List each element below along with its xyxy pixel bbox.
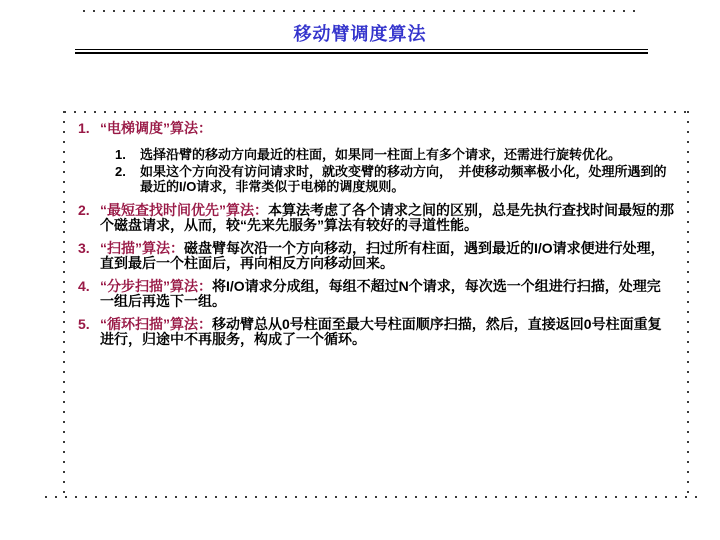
sub-list-item-2: 2. 如果这个方向没有访问请求时，就改变臂的移动方向， 并使移动频率极小化，处理… (115, 164, 674, 194)
item-content: “最短查找时间优先”算法：本算法考虑了各个请求之间的区别，总是先执行查找时间最短… (100, 203, 674, 234)
item-term: “扫描”算法： (100, 240, 184, 256)
item-number: 2. (78, 203, 100, 219)
list-item-4: 4. “分步扫描”算法：将I/O请求分成组，每组不超过N个请求，每次选一个组进行… (78, 279, 674, 310)
slide-title: 移动臂调度算法 (0, 20, 720, 46)
sub-item-text: 如果这个方向没有访问请求时，就改变臂的移动方向， 并使移动频率极小化，处理所遇到… (140, 164, 674, 194)
sub-list-item-1: 1. 选择沿臂的移动方向最近的柱面，如果同一柱面上有多个请求，还需进行旋转优化。 (115, 147, 674, 162)
item-content: “扫描”算法：磁盘臂每次沿一个方向移动，扫过所有柱面，遇到最近的I/O请求便进行… (100, 241, 674, 272)
item-number: 4. (78, 279, 100, 295)
list-item-3: 3. “扫描”算法：磁盘臂每次沿一个方向移动，扫过所有柱面，遇到最近的I/O请求… (78, 241, 674, 272)
item-number: 1. (78, 121, 100, 137)
sub-list: 1. 选择沿臂的移动方向最近的柱面，如果同一柱面上有多个请求，还需进行旋转优化。… (100, 147, 674, 194)
item-term: “电梯调度”算法： (100, 120, 212, 136)
item-body: 磁盘臂每次沿一个方向移动，扫过所有柱面，遇到最近的I/O请求便进行处理，直到最后… (100, 240, 665, 272)
sub-item-text: 选择沿臂的移动方向最近的柱面，如果同一柱面上有多个请求，还需进行旋转优化。 (140, 147, 674, 162)
item-content: “电梯调度”算法： 1. 选择沿臂的移动方向最近的柱面，如果同一柱面上有多个请求… (100, 121, 674, 196)
item-number: 3. (78, 241, 100, 257)
content-placeholder: 1. “电梯调度”算法： 1. 选择沿臂的移动方向最近的柱面，如果同一柱面上有多… (64, 111, 688, 497)
slide: 移动臂调度算法 1. “电梯调度”算法： 1. 选择沿臂的移动方向最近的柱面，如… (0, 0, 720, 540)
item-content: “循环扫描”算法：移动臂总从0号柱面至最大号柱面顺序扫描，然后，直接返回0号柱面… (100, 317, 674, 348)
list-item-1: 1. “电梯调度”算法： 1. 选择沿臂的移动方向最近的柱面，如果同一柱面上有多… (78, 121, 674, 196)
sub-item-number: 1. (115, 147, 140, 162)
item-number: 5. (78, 317, 100, 333)
title-placeholder-top-border (83, 10, 637, 12)
item-term: “循环扫描”算法： (100, 316, 212, 332)
list-item-2: 2. “最短查找时间优先”算法：本算法考虑了各个请求之间的区别，总是先执行查找时… (78, 203, 674, 234)
item-content: “分步扫描”算法：将I/O请求分成组，每组不超过N个请求，每次选一个组进行扫描，… (100, 279, 674, 310)
title-divider-rule (75, 49, 648, 54)
item-term: “最短查找时间优先”算法： (100, 202, 268, 218)
sub-item-number: 2. (115, 164, 140, 179)
item-term: “分步扫描”算法： (100, 278, 212, 294)
list-item-5: 5. “循环扫描”算法：移动臂总从0号柱面至最大号柱面顺序扫描，然后，直接返回0… (78, 317, 674, 348)
